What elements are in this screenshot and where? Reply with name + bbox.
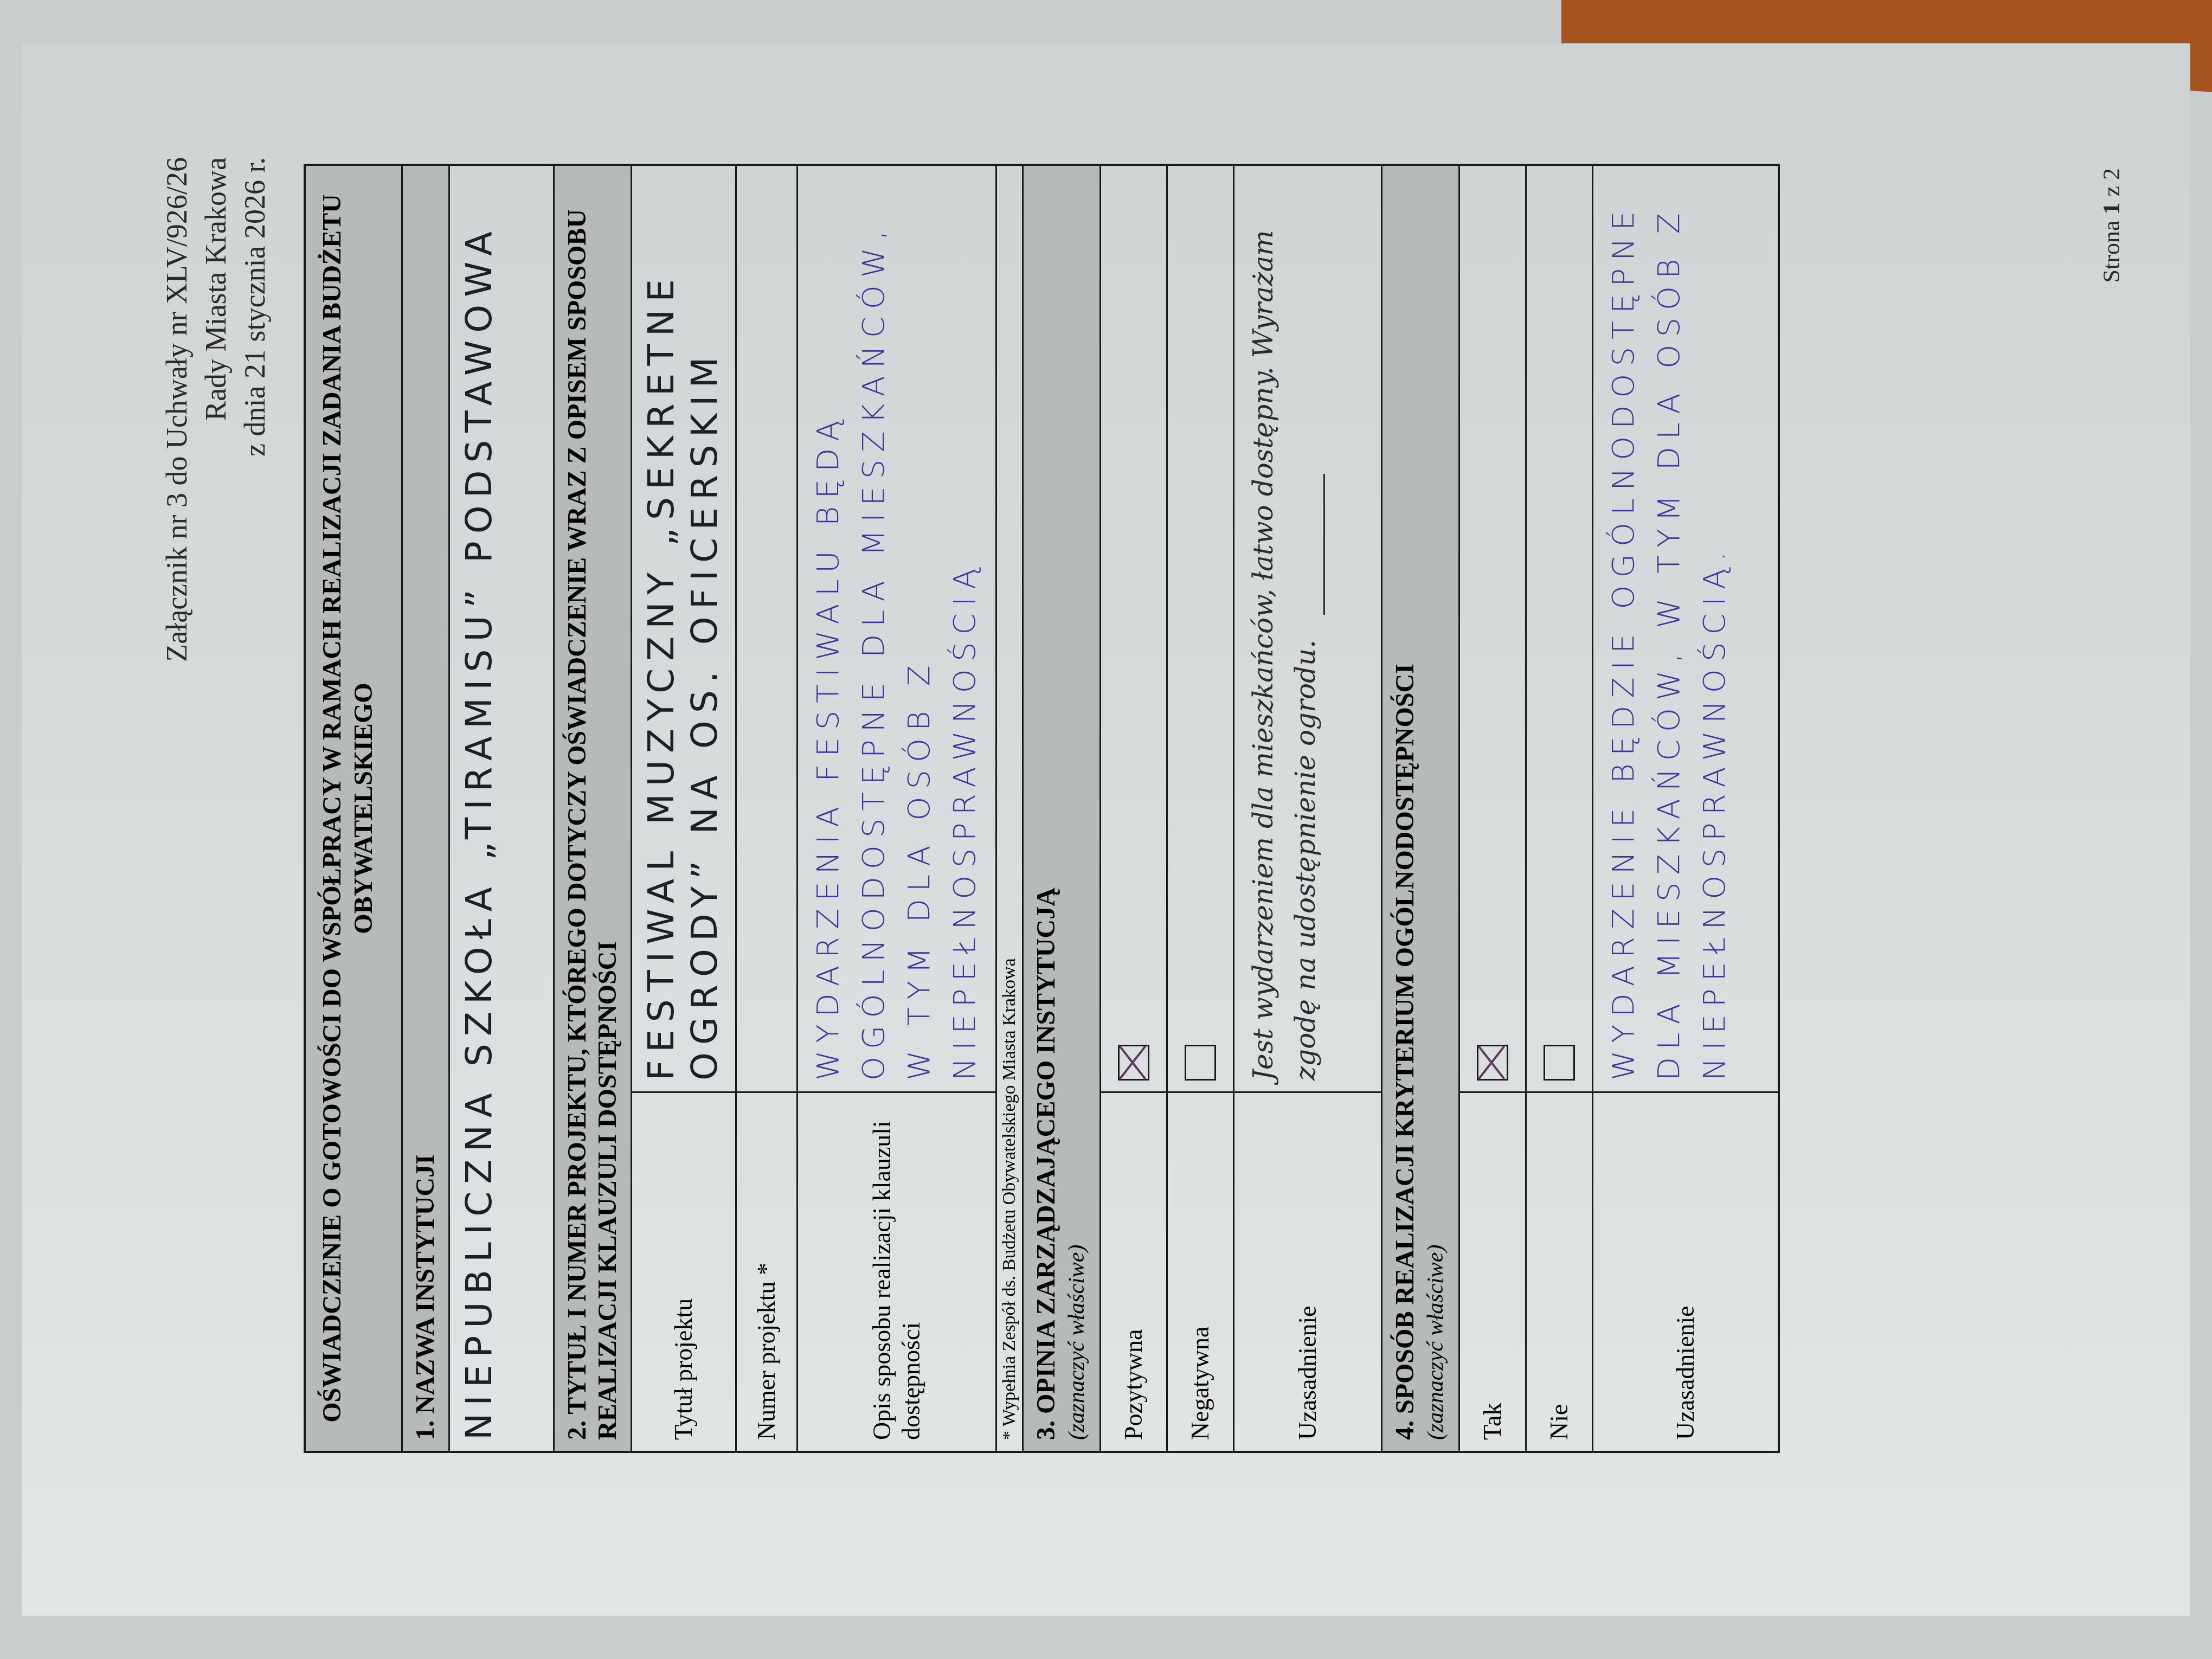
accessibility-yes-checkbox[interactable] — [1477, 1045, 1508, 1081]
opinion-justification-field[interactable]: Jest wydarzeniem dla mieszkańców, łatwo … — [1234, 166, 1381, 1091]
form-title-row: OŚWIADCZENIE O GOTOWOŚCI DO WSPÓŁPRACY W… — [306, 166, 401, 1451]
project-title-row: Tytuł projektu FESTIWAL MUZYCZNY „SEKRET… — [631, 166, 735, 1451]
accessibility-justification-label: Uzasadnienie — [1593, 1091, 1778, 1451]
declaration-form: OŚWIADCZENIE O GOTOWOŚCI DO WSPÓŁPRACY W… — [304, 164, 1780, 1453]
footer-total-pages: 2 — [2098, 168, 2125, 180]
accessibility-description-label: Opis sposobu realizacji klauzuli dostępn… — [798, 1091, 995, 1451]
opinion-justification-text: Jest wydarzeniem dla mieszkańców, łatwo … — [1248, 230, 1321, 1081]
attachment-line-2: Rady Miasta Krakowa — [196, 157, 235, 662]
section-3-subheading: (zaznaczyć właściwe) — [1062, 177, 1092, 1440]
institution-name-field[interactable]: NIEPUBLICZNA SZKOŁA „TIRAMISU” PODSTAWOW… — [450, 166, 553, 1451]
attachment-line-1: Załącznik nr 3 do Uchwały nr XLV/926/26 — [157, 157, 196, 662]
accessibility-no-label: Nie — [1527, 1091, 1592, 1451]
accessibility-justification-row: Uzasadnienie WYDARZENIE BĘDZIE OGÓLNODOS… — [1592, 166, 1778, 1451]
project-number-row: Numer projektu * — [735, 166, 796, 1451]
accessibility-description-field[interactable]: WYDARZENIA FESTIWALU BĘDĄ OGÓLNODOSTĘPNE… — [798, 166, 995, 1091]
section-1-header: 1. NAZWA INSTYTUCJI — [401, 166, 448, 1451]
accessibility-yes-label: Tak — [1460, 1091, 1525, 1451]
footer-separator: z — [2098, 186, 2125, 197]
opinion-negative-row: Negatywna — [1166, 166, 1233, 1451]
footer-page-number: 1 — [2098, 203, 2125, 215]
accessibility-no-row: Nie — [1525, 166, 1592, 1451]
attachment-header: Załącznik nr 3 do Uchwały nr XLV/926/26 … — [157, 157, 274, 662]
footnote: * Wypełnia Zespół ds. Budżetu Obywatelsk… — [997, 947, 1022, 1451]
footnote-row: * Wypełnia Zespół ds. Budżetu Obywatelsk… — [995, 166, 1022, 1451]
section-1-heading: 1. NAZWA INSTYTUCJI — [403, 166, 448, 1451]
opinion-positive-checkbox[interactable] — [1118, 1045, 1149, 1081]
section-3-header: 3. OPINIA ZARZĄDZAJĄCEGO INSTYTUCJĄ (zaz… — [1022, 166, 1099, 1451]
section-3-heading-block: 3. OPINIA ZARZĄDZAJĄCEGO INSTYTUCJĄ (zaz… — [1024, 166, 1099, 1451]
section-3-heading: 3. OPINIA ZARZĄDZAJĄCEGO INSTYTUCJĄ — [1031, 177, 1062, 1440]
project-number-field[interactable] — [737, 166, 796, 1091]
section-4-subheading: (zaznaczyć właściwe) — [1420, 177, 1451, 1440]
accessibility-yes-row: Tak — [1458, 166, 1525, 1451]
section-2-heading: 2. TYTUŁ I NUMER PROJEKTU, KTÓREGO DOTYC… — [555, 166, 631, 1451]
opinion-positive-label: Pozytywna — [1101, 1091, 1166, 1451]
project-title-field[interactable]: FESTIWAL MUZYCZNY „SEKRETNE OGRODY” NA O… — [632, 166, 735, 1091]
attachment-line-3: z dnia 21 stycznia 2026 r. — [235, 157, 274, 662]
footer-prefix: Strona — [2098, 221, 2125, 283]
accessibility-no-checkbox[interactable] — [1544, 1045, 1575, 1081]
opinion-justification-row: Uzasadnienie Jest wydarzeniem dla mieszk… — [1233, 166, 1381, 1451]
opinion-positive-row: Pozytywna — [1099, 166, 1166, 1451]
document-page: Załącznik nr 3 do Uchwały nr XLV/926/26 … — [22, 43, 2190, 1616]
project-number-label: Numer projektu * — [737, 1091, 796, 1451]
accessibility-description-row: Opis sposobu realizacji klauzuli dostępn… — [796, 166, 995, 1451]
page-footer: Strona 1 z 2 — [2098, 168, 2125, 282]
section-4-heading-block: 4. SPOSÓB REALIZACJI KRYTERIUM OGÓLNODOS… — [1382, 166, 1458, 1451]
section-2-header: 2. TYTUŁ I NUMER PROJEKTU, KTÓREGO DOTYC… — [553, 166, 631, 1451]
section-4-header: 4. SPOSÓB REALIZACJI KRYTERIUM OGÓLNODOS… — [1381, 166, 1458, 1451]
section-4-heading: 4. SPOSÓB REALIZACJI KRYTERIUM OGÓLNODOS… — [1390, 177, 1420, 1440]
form-title: OŚWIADCZENIE O GOTOWOŚCI DO WSPÓŁPRACY W… — [306, 166, 401, 1451]
signature-icon — [1291, 474, 1325, 615]
project-title-label: Tytuł projektu — [632, 1091, 735, 1451]
accessibility-justification-field[interactable]: WYDARZENIE BĘDZIE OGÓLNODOSTĘPNE DLA MIE… — [1593, 166, 1778, 1091]
institution-name-row: NIEPUBLICZNA SZKOŁA „TIRAMISU” PODSTAWOW… — [448, 166, 553, 1451]
opinion-justification-label: Uzasadnienie — [1234, 1091, 1381, 1451]
opinion-negative-checkbox[interactable] — [1185, 1045, 1216, 1081]
opinion-negative-label: Negatywna — [1168, 1091, 1233, 1451]
